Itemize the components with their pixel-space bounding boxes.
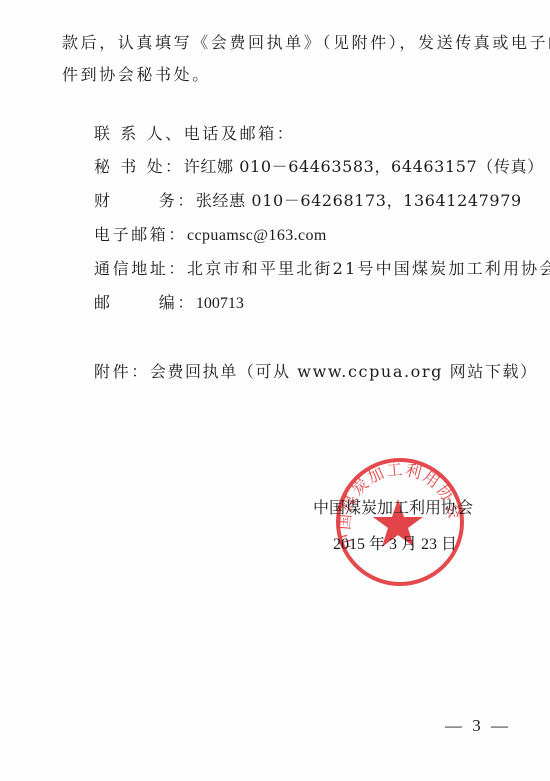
paragraph-line-2: 件到协会秘书处。 <box>62 65 211 85</box>
contacts-heading: 联 系 人、电话及邮箱： <box>94 124 295 144</box>
contact-address: 通信地址：北京市和平里北街21号中国煤炭加工利用协会 <box>94 259 550 279</box>
contact-email: 电子邮箱：ccpuamsc@163.com <box>94 225 327 246</box>
attachment-value: 会费回执单（可从 www.ccpua.org 网站下载） <box>150 362 538 381</box>
page-number: — 3 — <box>445 716 511 736</box>
contact-secretariat: 秘 书 处：许红娜 010－64463583，64463157（传真） <box>94 157 544 177</box>
postcode-value: 100713 <box>196 295 244 312</box>
signature-date: 2015 年 3 月 23 日 <box>333 535 457 555</box>
finance-label: 财 务： <box>94 191 196 210</box>
address-value: 北京市和平里北街21号中国煤炭加工利用协会 <box>187 259 550 278</box>
paragraph-line-1: 款后，认真填写《会费回执单》（见附件），发送传真或电子邮 <box>62 33 550 53</box>
postcode-label: 邮 编： <box>94 293 196 312</box>
email-label: 电子邮箱： <box>94 225 187 244</box>
document-page: 款后，认真填写《会费回执单》（见附件），发送传真或电子邮 件到协会秘书处。 联 … <box>0 0 550 781</box>
attachment-label: 附件： <box>94 362 150 381</box>
email-value[interactable]: ccpuamsc@163.com <box>187 227 327 244</box>
contact-postcode: 邮 编：100713 <box>94 293 244 314</box>
secretariat-value: 许红娜 010－64463583，64463157（传真） <box>184 157 544 176</box>
contact-finance: 财 务：张经惠 010－64268173，13641247979 <box>94 191 522 211</box>
finance-value: 张经惠 010－64268173，13641247979 <box>196 191 522 210</box>
secretariat-label: 秘 书 处： <box>94 157 184 176</box>
official-seal-stamp: 中国煤炭加工利用协会 <box>333 455 467 589</box>
address-label: 通信地址： <box>94 259 187 278</box>
attachment-line: 附件：会费回执单（可从 www.ccpua.org 网站下载） <box>94 362 538 382</box>
signature-organization: 中国煤炭加工利用协会 <box>313 498 473 518</box>
